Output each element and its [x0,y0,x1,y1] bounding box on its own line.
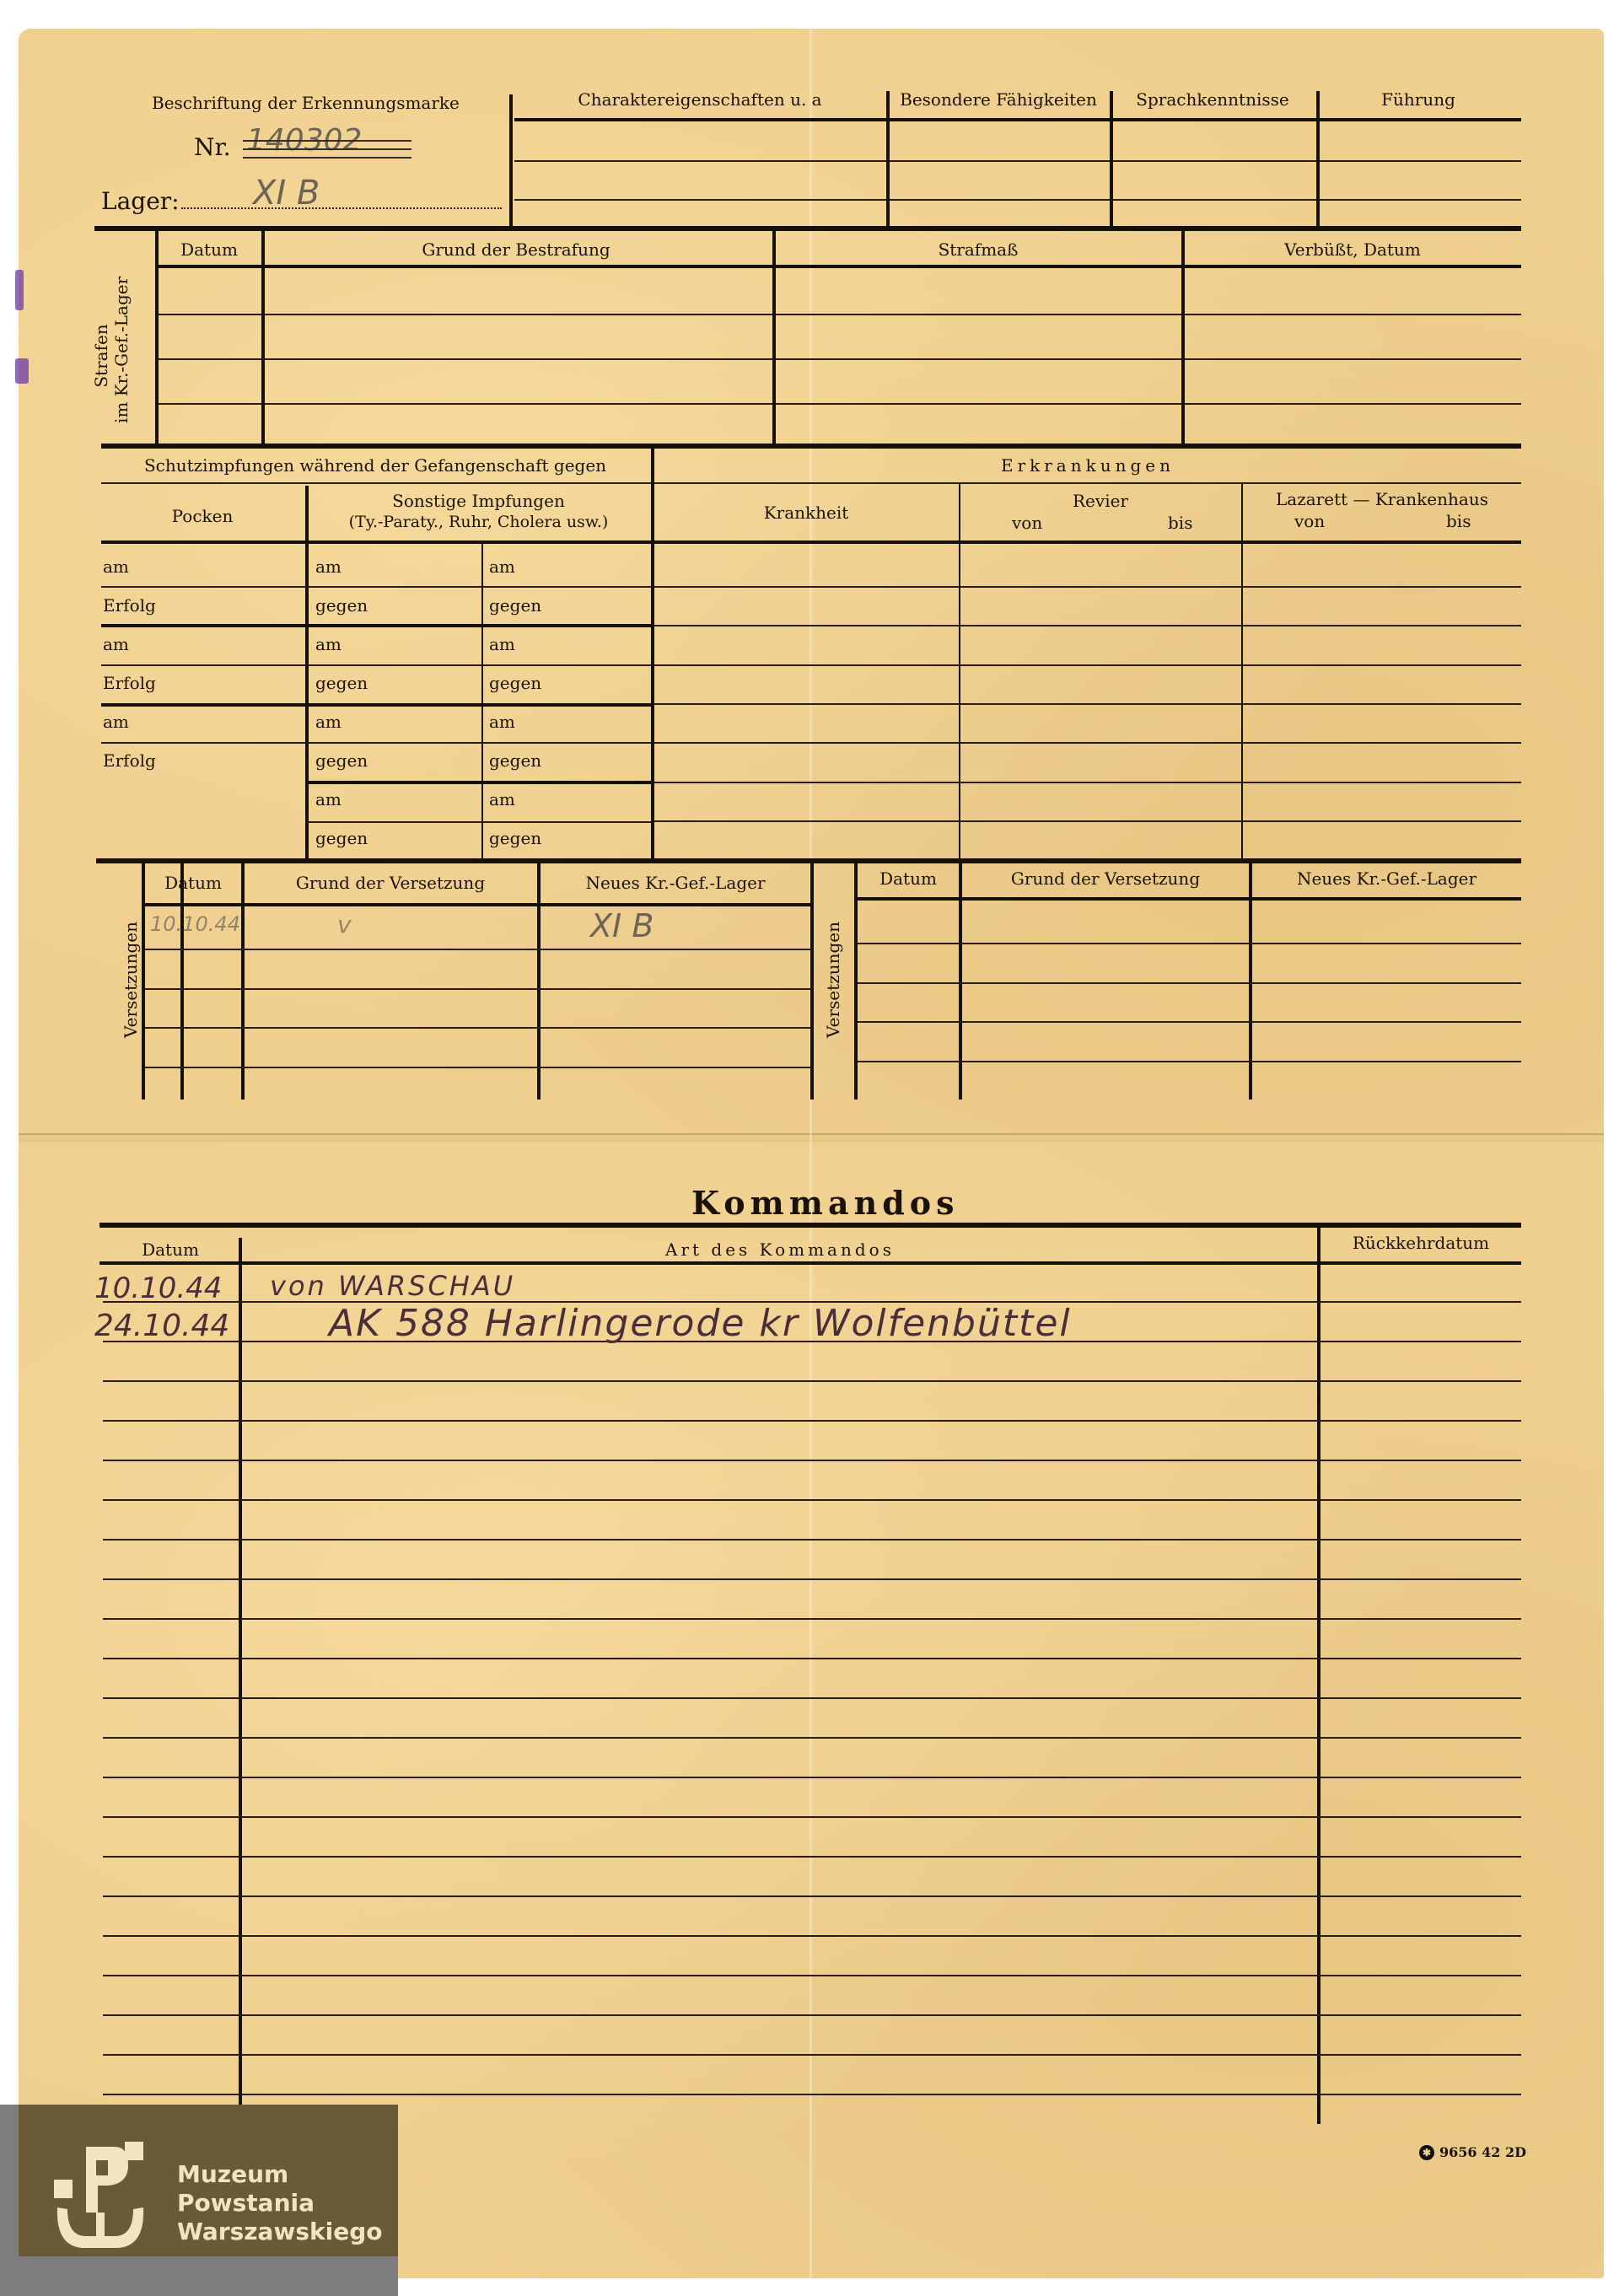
col-verbuesst-datum: Verbüßt, Datum [1184,239,1521,260]
pocken-cell: Erfolg [103,750,156,771]
rule [858,1061,1521,1062]
rule [654,820,1521,822]
divider [241,863,245,1100]
table-row-rule [103,2014,1521,2016]
rule [654,625,1521,626]
lazarett-bis: bis [1446,511,1471,531]
divider [239,1238,242,2125]
rule [654,664,1521,666]
rule [307,821,651,823]
sonstige-cell: am [489,557,515,577]
rule [145,988,811,990]
sonstige-cell: gegen [315,595,368,616]
rule [654,742,1521,744]
table-row-rule [103,1856,1521,1858]
pocken-cell: am [103,712,129,732]
rule [307,742,651,744]
divider [1241,484,1243,858]
pocken-cell: Erfolg [103,595,156,616]
table-row-rule [103,1539,1521,1541]
table-row-rule [103,1816,1521,1818]
divider [1110,91,1113,226]
rule [145,949,811,950]
rule [858,982,1521,984]
table-row-rule [103,1737,1521,1739]
table-row-rule [103,1658,1521,1659]
versetzung-grund: v [337,911,352,938]
divider [886,91,890,226]
col-datum: Datum [858,868,959,889]
sonstige-cell: am [315,712,342,732]
col-neues-lager: Neues Kr.-Gef.-Lager [1252,868,1521,889]
purple-stamp-mark [15,270,24,310]
strafen-side-label-line1: Strafen [91,288,111,423]
col-sprachkenntnisse: Sprachkenntnisse [1111,89,1314,110]
col-lazarett-krankenhaus: Lazarett — Krankenhaus [1243,489,1521,509]
col-sonstige-line2: (Ty.-Paraty., Ruhr, Cholera usw.) [308,513,649,531]
strikethrough-line [243,148,411,150]
rule [307,624,651,627]
sonstige-cell: am [315,634,342,654]
rule [101,664,305,666]
rule [159,314,1521,315]
nr-label: Nr. [194,133,231,161]
col-fuehrung: Führung [1317,89,1519,110]
erkennungsmarke-label: Beschriftung der Erkennungsmarke [152,93,455,113]
lager-value: XI B [253,174,320,212]
museum-name-line2: Powstania [177,2189,382,2218]
table-row-rule [103,2094,1521,2095]
table-row-rule [103,2054,1521,2056]
col-revier: Revier [961,491,1240,511]
kommando-art: von WARSCHAU [270,1270,515,1302]
rule [514,118,1521,121]
table-row-rule [103,1895,1521,1897]
table-row-rule [103,1460,1521,1461]
divider [481,543,483,858]
sonstige-cell: gegen [315,750,368,771]
divider [142,863,145,1100]
sonstige-cell: am [489,634,515,654]
sonstige-cell: am [489,712,515,732]
col-strafmass: Strafmaß [774,239,1182,260]
sonstige-cell: am [315,789,342,809]
versetzungen-side-label-left: Versetzungen [121,912,141,1047]
museum-name-line1: Muzeum [177,2160,382,2189]
table-row-rule [103,1578,1521,1580]
col-neues-lager: Neues Kr.-Gef.-Lager [541,873,810,893]
rule [654,586,1521,588]
rule [145,903,811,906]
pocken-cell: Erfolg [103,673,156,693]
col-charaktereigenschaften: Charaktereigenschaften u. a [514,89,885,110]
museum-name: Muzeum Powstania Warszawskiego [177,2160,382,2246]
rule [96,858,1521,863]
print-code-text: 9656 42 2D [1439,2144,1526,2160]
col-sonstige-line1: Sonstige Impfungen [308,491,649,511]
rule [159,265,1521,268]
divider [810,863,814,1100]
divider [537,863,541,1100]
rule [101,540,1521,544]
rule [307,703,651,707]
versetzungen-side-label-right: Versetzungen [823,912,843,1047]
versetzung-neues-lager: XI B [590,907,654,944]
erkrankungen-title: Erkrankungen [654,455,1521,476]
col-pocken: Pocken [101,506,304,526]
divider [1317,1226,1320,2124]
strikethrough-line [243,157,411,159]
rule [514,160,1521,162]
kommandos-title: Kommandos [691,1184,960,1222]
lager-dotted-line [181,207,502,209]
rule [654,782,1521,783]
table-row-rule [103,1777,1521,1778]
col-datum: Datum [101,1239,239,1260]
divider [261,229,265,444]
col-besondere-faehigkeiten: Besondere Fähigkeiten [889,89,1108,110]
table-row-rule [103,1380,1521,1382]
sonstige-cell: gegen [489,750,541,771]
divider [1181,229,1185,444]
lazarett-von: von [1294,511,1325,531]
rule [101,703,305,707]
kommando-datum: 24.10.44 [94,1309,229,1343]
sonstige-cell: gegen [315,673,368,693]
rule [101,482,1521,484]
sonstige-cell: gegen [489,595,541,616]
kommando-datum: 10.10.44 [94,1272,222,1305]
strafen-side-label: Strafen im Kr.-Gef.-Lager [91,288,132,423]
col-datum: Datum [145,873,241,893]
rule [858,1021,1521,1023]
rule [307,586,651,588]
rule [100,1261,1521,1265]
divider [772,229,776,444]
col-grund-der-versetzung: Grund der Versetzung [245,873,536,893]
sonstige-cell: am [489,789,515,809]
rule [858,943,1521,944]
table-row-rule [103,1618,1521,1620]
museum-name-line3: Warszawskiego [177,2218,382,2246]
table-row-rule [103,1420,1521,1422]
rule [307,781,651,784]
divider [509,94,513,226]
impfungen-title: Schutzimpfungen während der Gefangenscha… [101,455,649,476]
rule [145,1027,811,1029]
lager-label: Lager: [101,187,180,215]
revier-bis: bis [1168,513,1192,533]
table-row-rule [103,1935,1521,1937]
rule [101,444,1521,449]
rule [101,586,305,588]
rule [159,358,1521,360]
strafen-side-label-line2: im Kr.-Gef.-Lager [111,288,132,423]
sonstige-cell: gegen [489,673,541,693]
rule [145,1067,811,1068]
revier-von: von [1012,513,1042,533]
rule [94,226,1521,231]
rule [101,742,305,744]
divider [1316,91,1320,226]
col-rueckkehrdatum: Rückkehrdatum [1320,1233,1521,1253]
col-grund-der-versetzung: Grund der Versetzung [962,868,1249,889]
col-krankheit: Krankheit [654,503,958,523]
versetzung-datum: 10.10.44 [150,912,240,936]
table-row-rule [103,1697,1521,1699]
rule [514,199,1521,201]
sonstige-cell: gegen [315,828,368,848]
print-code: ✱ 9656 42 2D [1419,2144,1526,2160]
rule [858,897,1521,901]
col-art-des-kommandos: Art des Kommandos [245,1239,1315,1260]
rule [307,664,651,666]
kommando-art: AK 588 Harlingerode kr Wolfenbüttel [329,1302,1072,1345]
kotwica-anchor-icon [54,2142,147,2251]
rule [100,1223,1521,1228]
strikethrough-line [243,140,411,142]
sonstige-cell: gegen [489,828,541,848]
rule [101,624,305,627]
pocken-cell: am [103,557,129,577]
sonstige-cell: am [315,557,342,577]
purple-stamp-mark [15,358,29,384]
eagle-seal-icon: ✱ [1419,2145,1434,2160]
pocken-cell: am [103,634,129,654]
divider [180,863,184,1100]
col-grund-der-bestrafung: Grund der Bestrafung [263,239,769,260]
table-row-rule [103,1975,1521,1976]
divider [959,484,960,858]
col-datum: Datum [159,239,260,260]
table-row-rule [103,1499,1521,1501]
rule [159,403,1521,405]
divider [155,229,159,444]
rule [654,703,1521,705]
vertical-fold [809,29,812,2278]
